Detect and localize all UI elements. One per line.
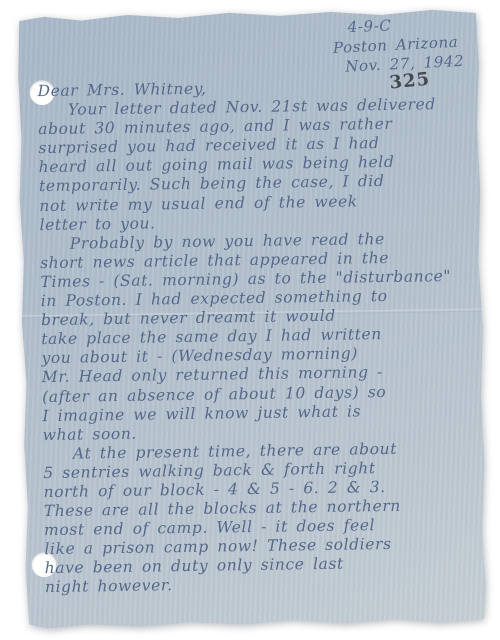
- scanned-letter: 4-9-C Poston Arizona Nov. 27, 1942 325 D…: [0, 0, 500, 640]
- letter-body: Dear Mrs. Whitney, Your letter dated Nov…: [37, 76, 477, 598]
- letter-page: 4-9-C Poston Arizona Nov. 27, 1942 325 D…: [16, 9, 487, 630]
- letter-block-address: 4-9-C: [347, 16, 391, 36]
